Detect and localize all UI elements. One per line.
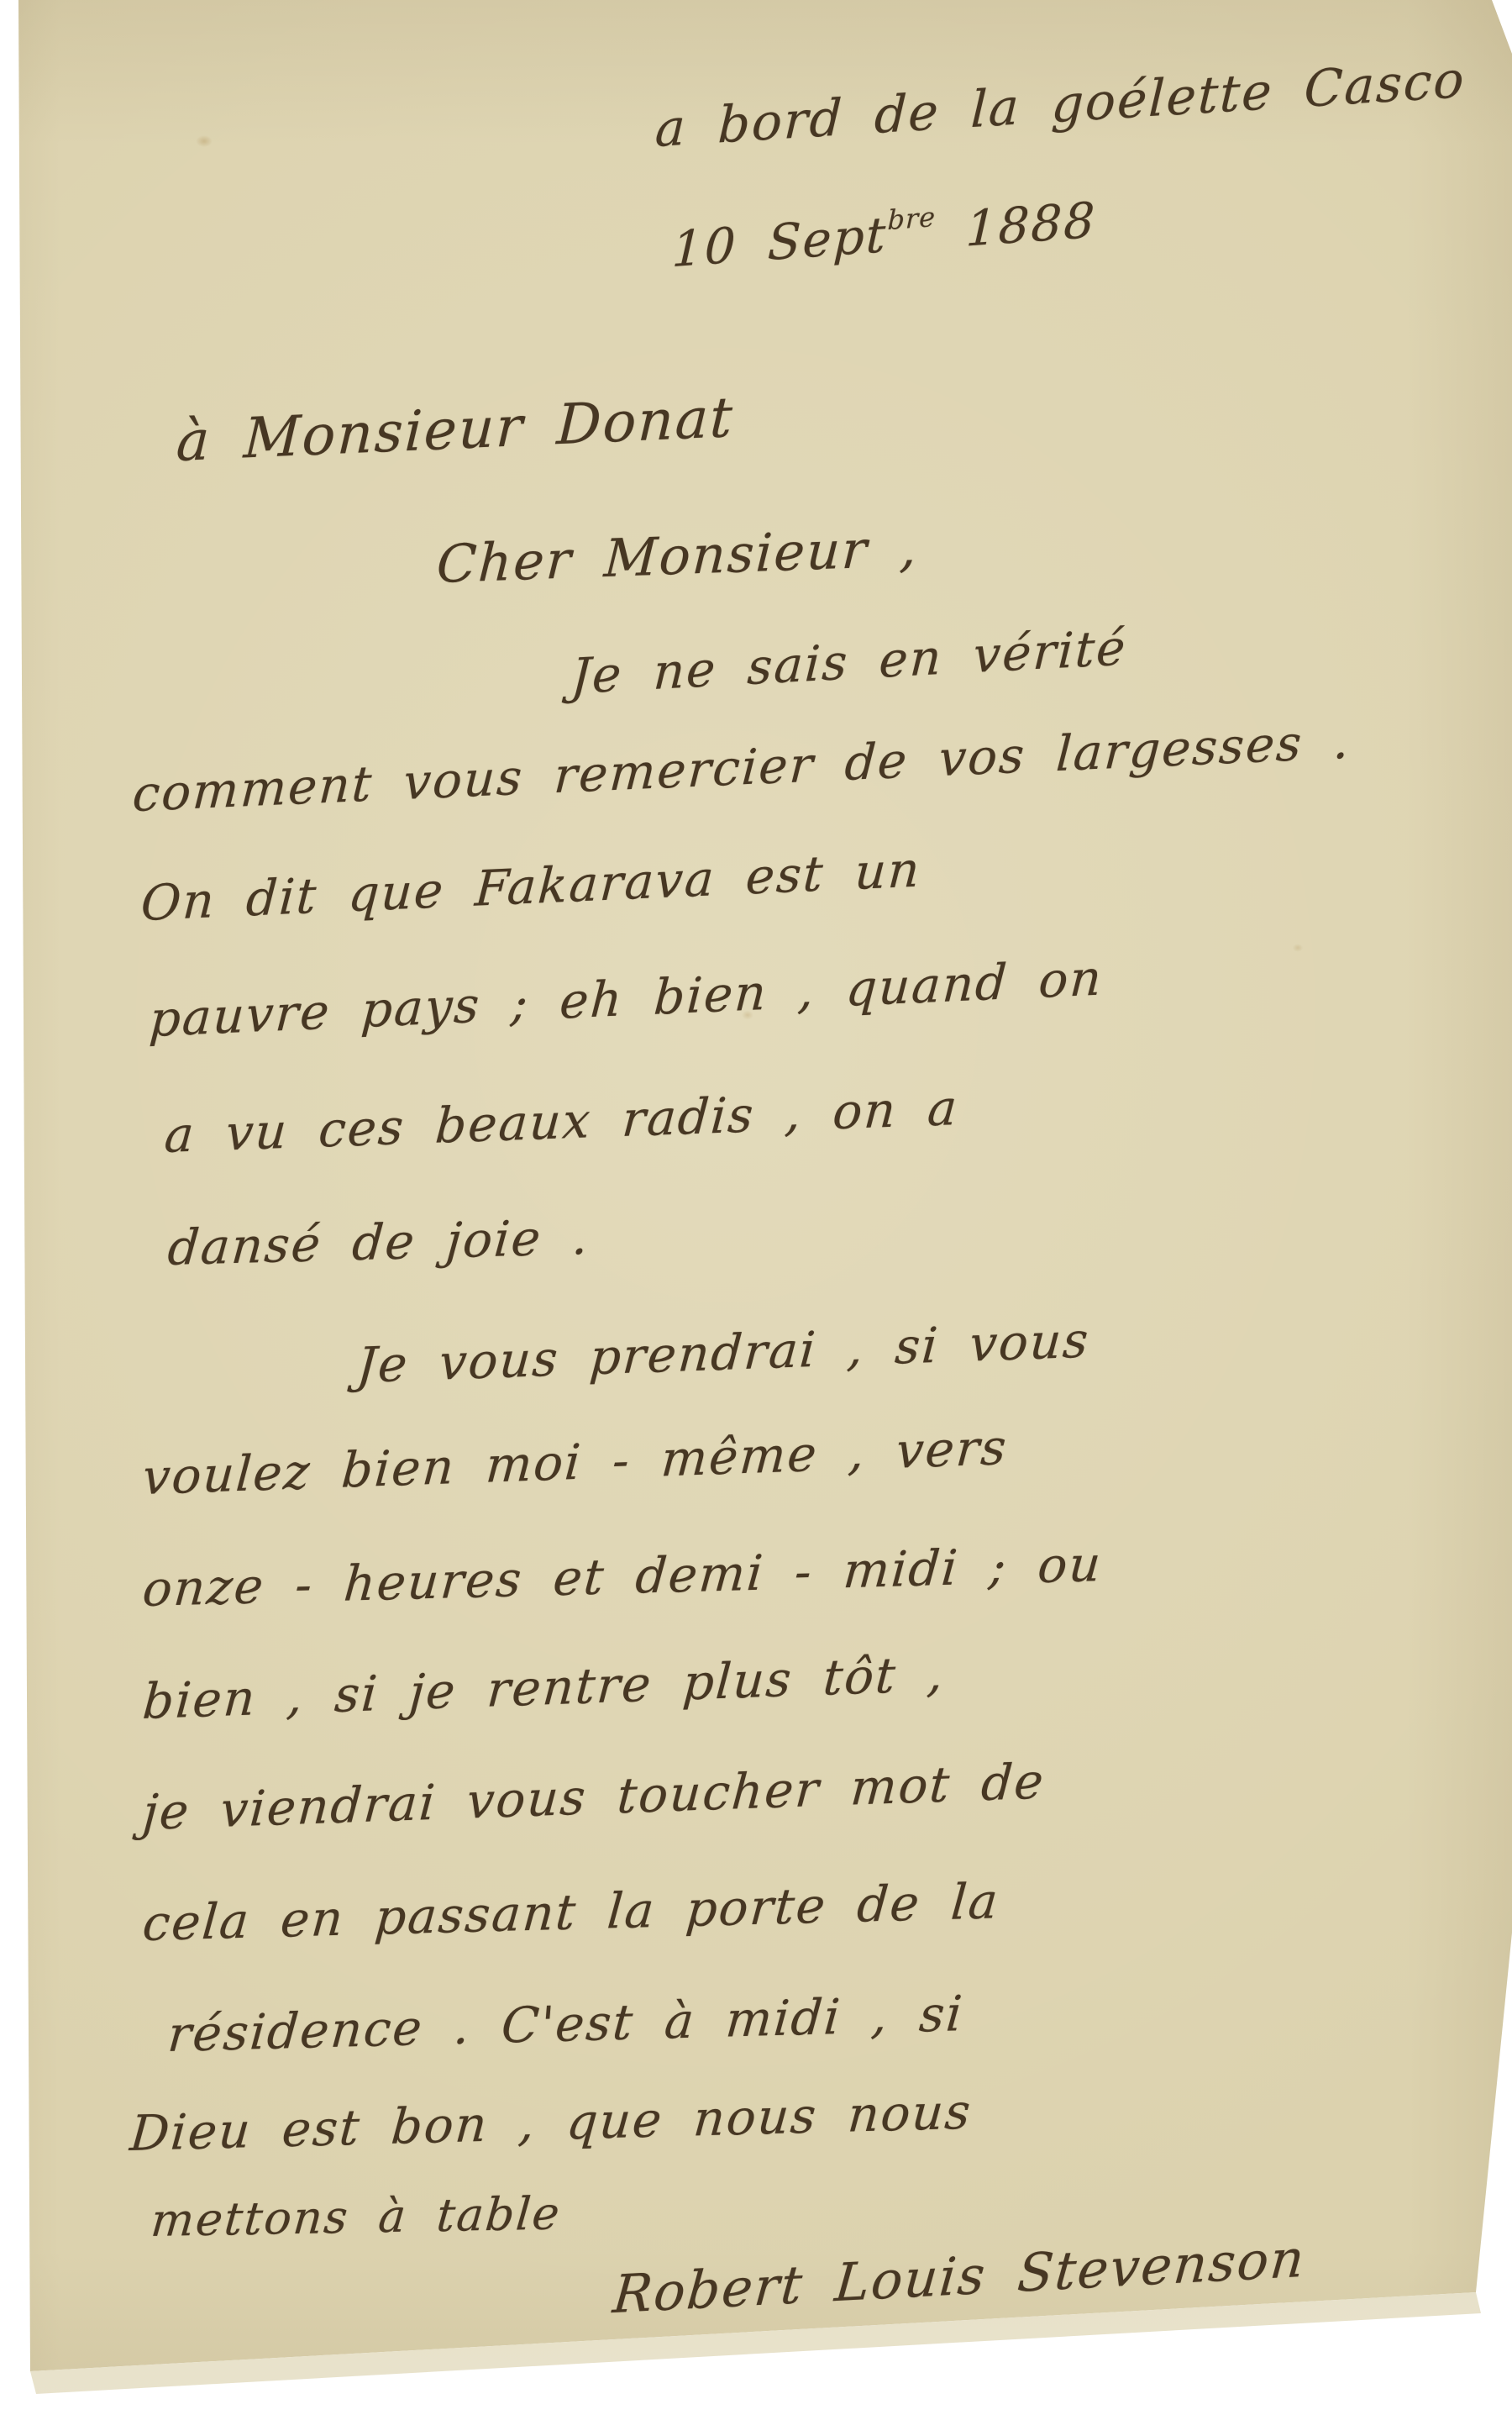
date-month-superscript: bre [887, 201, 937, 236]
signature-line: Robert Louis Stevenson [611, 2228, 1308, 2325]
body-line-8: voulez bien moi - même , vers [141, 1419, 1010, 1506]
body-line-1: Je ne sais en vérité [570, 619, 1128, 705]
salutation-line: Cher Monsieur , [435, 518, 920, 594]
body-line-9: onze - heures et demi - midi ; ou [140, 1536, 1104, 1618]
date-month: Sept [767, 206, 889, 271]
body-line-10: bien , si je rentre plus tôt , [141, 1646, 947, 1730]
body-line-3: On dit que Fakarava est un [139, 841, 922, 931]
body-line-13: résidence . C'est à midi , si [165, 1986, 965, 2063]
date-year: 1888 [965, 192, 1098, 258]
date-day: 10 [671, 216, 738, 278]
body-line-11: je viendrai vous toucher mot de [141, 1753, 1047, 1840]
recipient-line: à Monsieur Donat [175, 386, 735, 474]
heading-date-line: 10 Septbre 1888 [671, 191, 1098, 278]
body-line-12: cela en passant la porte de la [140, 1873, 1001, 1952]
letter-text: a bord de la goélette Casco 10 Septbre 1… [0, 0, 1512, 2420]
body-line-7: Je vous prendrai , si vous [355, 1312, 1092, 1393]
body-line-15: mettons à table [149, 2187, 563, 2247]
heading-place-line: a bord de la goélette Casco [654, 51, 1467, 159]
body-line-6: dansé de joie . [165, 1209, 591, 1276]
body-line-4: pauvre pays ; eh bien , quand on [148, 950, 1105, 1047]
body-line-2: comment vous remercier de vos largesses … [131, 713, 1352, 823]
body-line-14: Dieu est bon , que nous nous [128, 2084, 974, 2162]
body-line-5: a vu ces beaux radis , on a [163, 1080, 961, 1164]
letter-photograph: a bord de la goélette Casco 10 Septbre 1… [0, 0, 1512, 2420]
